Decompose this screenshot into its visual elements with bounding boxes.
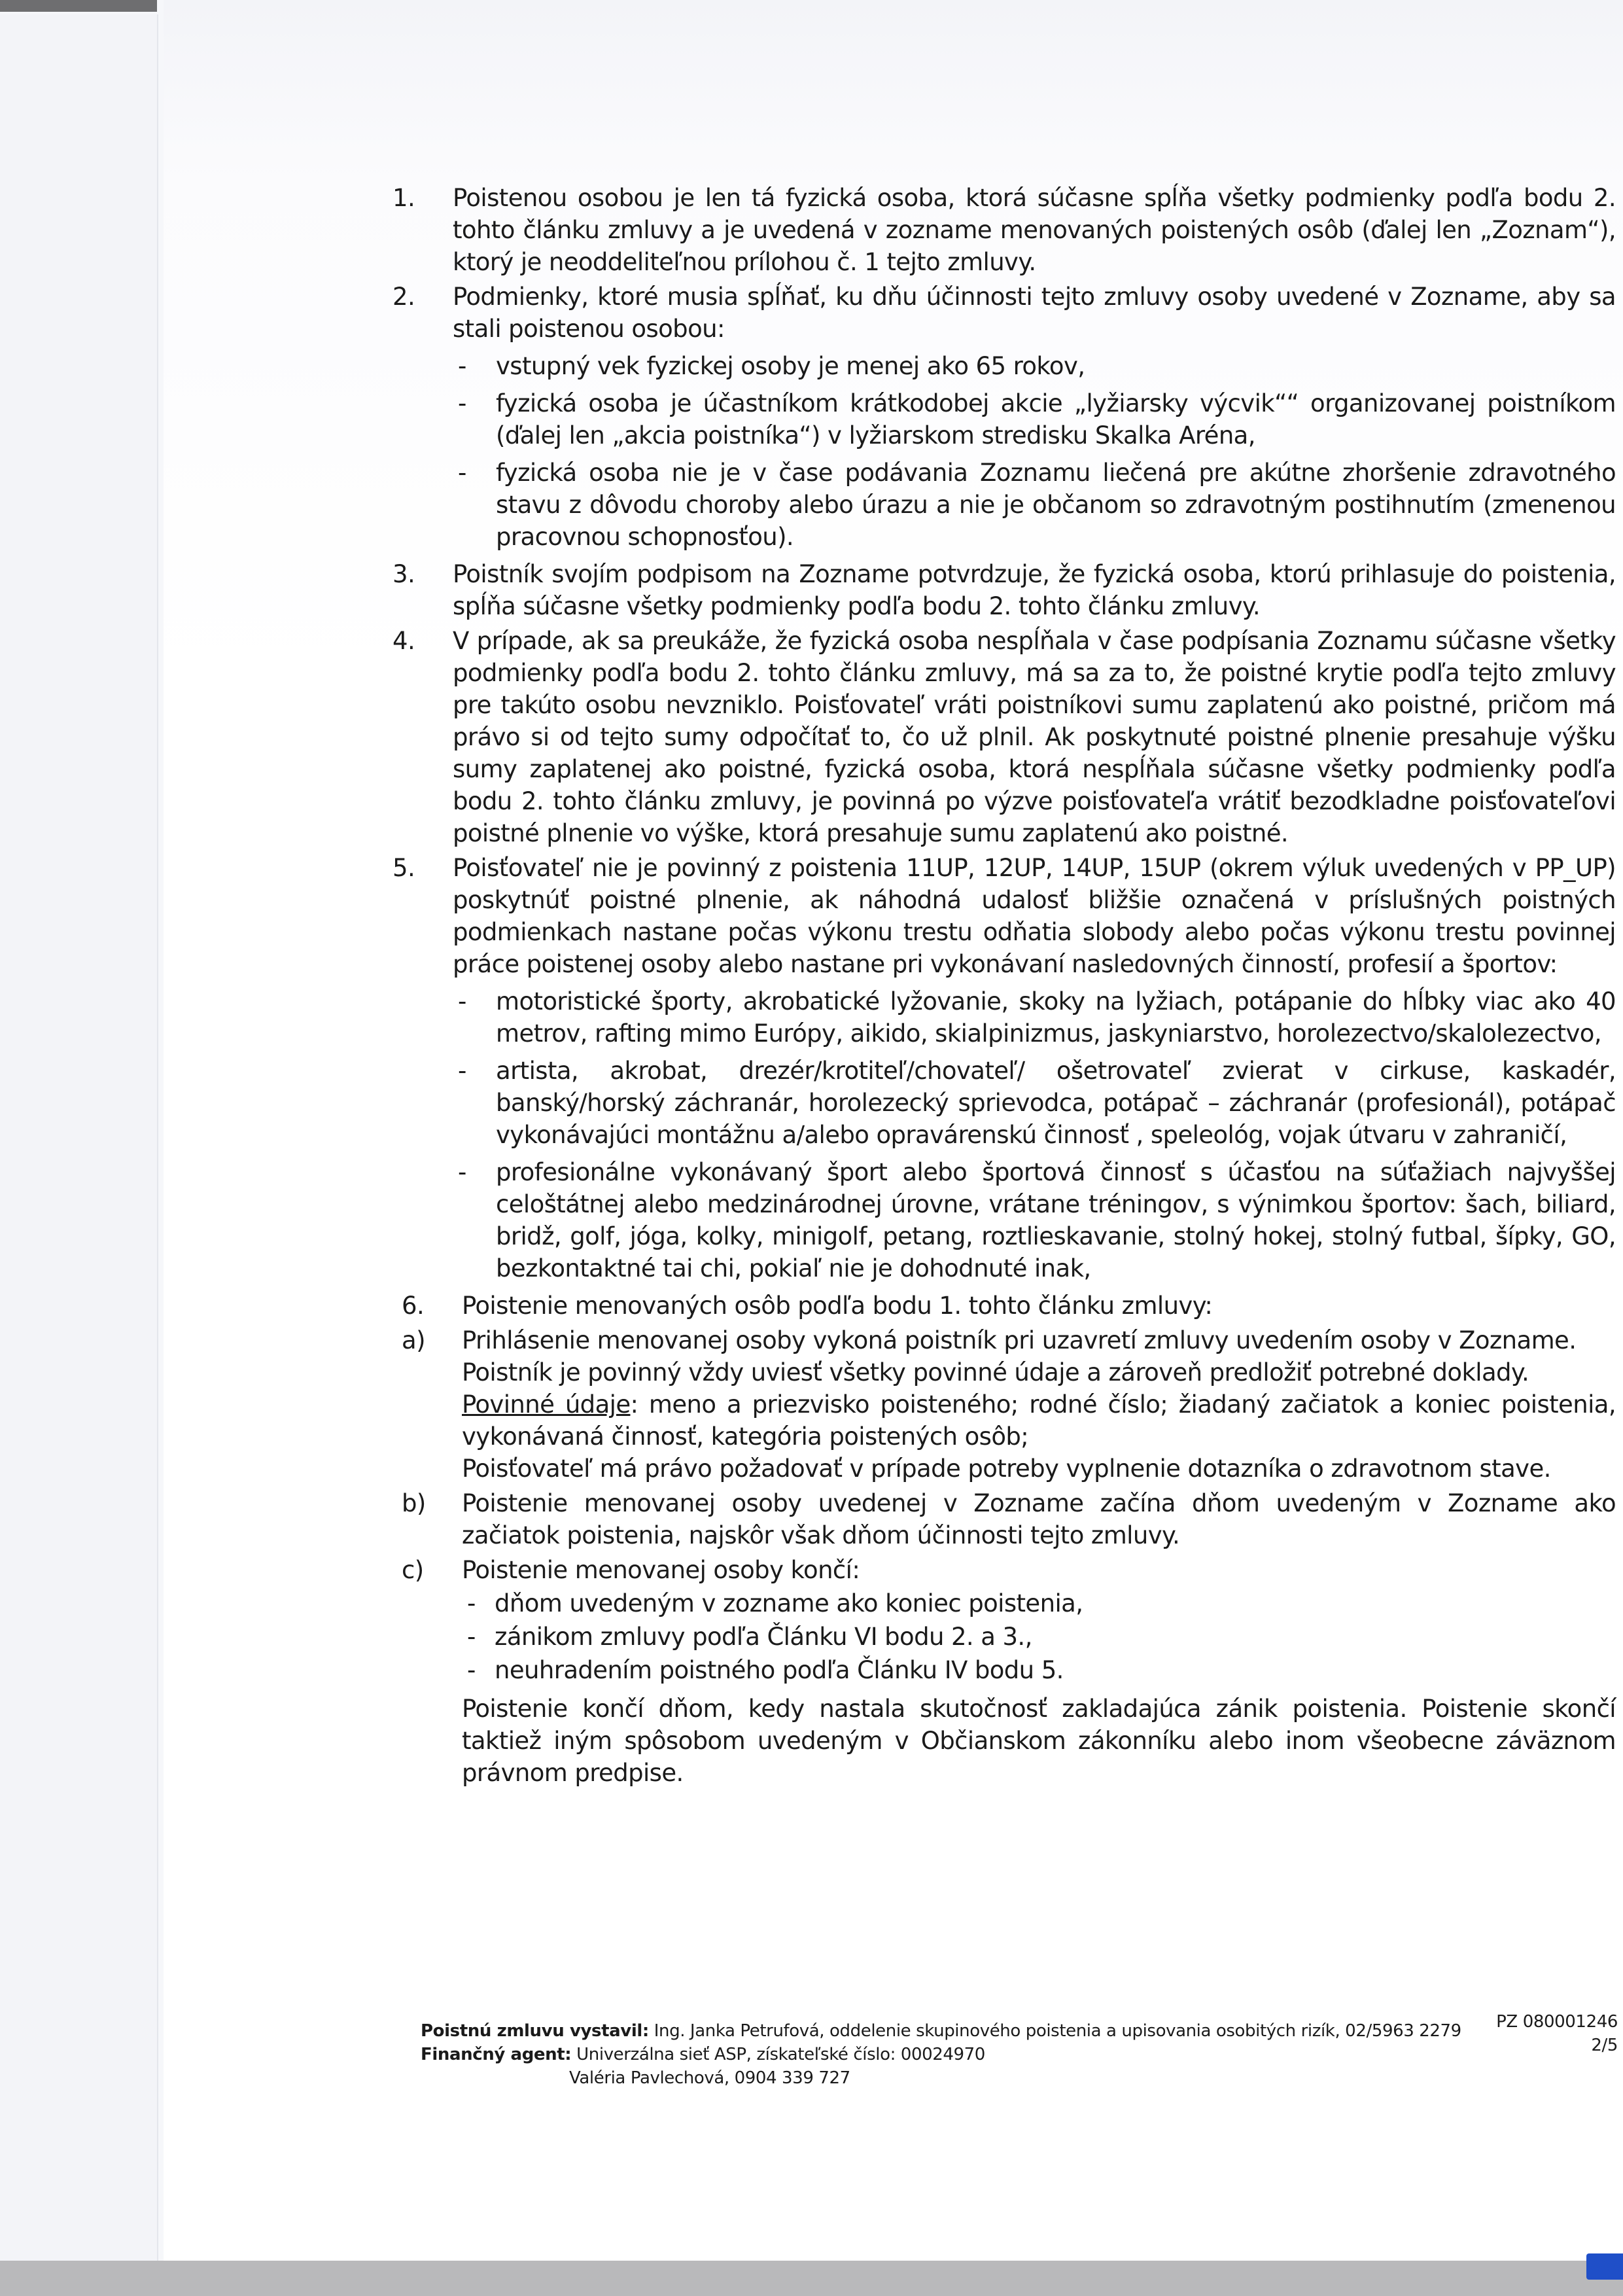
clause-4: 4. V prípade, ak sa preukáže, že fyzická… bbox=[393, 625, 1616, 849]
issuer-line: Poistnú zmluvu vystavil: Ing. Janka Petr… bbox=[421, 2019, 1618, 2043]
dash-bullet-icon: - bbox=[467, 1654, 476, 1686]
clause-2: 2. Podmienky, ktoré musia spĺňať, ku dňu… bbox=[393, 281, 1616, 553]
clause-number: 5. bbox=[393, 852, 415, 884]
clause-3: 3. Poistník svojím podpisom na Zozname p… bbox=[393, 558, 1616, 622]
agent-contact: Valéria Pavlechová, 0904 339 727 bbox=[421, 2066, 1618, 2090]
document-body: 1. Poistenou osobou je len tá fyzická os… bbox=[393, 182, 1616, 1792]
issuer-label: Poistnú zmluvu vystavil: bbox=[421, 2021, 649, 2041]
clause-text: Poisťovateľ nie je povinný z poistenia 1… bbox=[453, 854, 1616, 978]
termination-list: -dňom uvedeným v zozname ako koniec pois… bbox=[462, 1587, 1616, 1686]
dash-bullet-icon: - bbox=[458, 985, 466, 1017]
subclause-line: Prihlásenie menovanej osoby vykoná poist… bbox=[462, 1324, 1616, 1356]
clause-text: Podmienky, ktoré musia spĺňať, ku dňu úč… bbox=[453, 283, 1616, 343]
required-fields-label: Povinné údaje bbox=[462, 1390, 630, 1419]
agent-text: Univerzálna sieť ASP, získateľské číslo:… bbox=[571, 2045, 985, 2064]
clause-number: 1. bbox=[393, 182, 415, 214]
subclause-b: b) Poistenie menovanej osoby uvedenej v … bbox=[402, 1487, 1616, 1551]
scanner-edge-bottom bbox=[0, 2261, 1623, 2296]
clause-text: Poistenie menovaných osôb podľa bodu 1. … bbox=[462, 1292, 1212, 1320]
clause-text: Poistník svojím podpisom na Zozname potv… bbox=[453, 560, 1616, 620]
clause-number: 2. bbox=[393, 281, 415, 313]
subclause-letter: c) bbox=[402, 1554, 424, 1586]
list-item: -fyzická osoba nie je v čase podávania Z… bbox=[453, 457, 1616, 553]
clause-6: 6. Poistenie menovaných osôb podľa bodu … bbox=[402, 1290, 1616, 1322]
list-item: -zánikom zmluvy podľa Článku VI bodu 2. … bbox=[462, 1621, 1616, 1653]
subclause-a: a) Prihlásenie menovanej osoby vykoná po… bbox=[402, 1324, 1616, 1485]
termination-closing-text: Poistenie končí dňom, kedy nastala skuto… bbox=[462, 1693, 1616, 1789]
agent-line: Finančný agent: Univerzálna sieť ASP, zí… bbox=[421, 2043, 1618, 2066]
clause-text: Poistenou osobou je len tá fyzická osoba… bbox=[453, 184, 1616, 276]
dash-bullet-icon: - bbox=[458, 350, 466, 382]
subclause-line: Poistník je povinný vždy uviesť všetky p… bbox=[462, 1356, 1616, 1388]
subclause-text: Poistenie menovanej osoby končí: bbox=[462, 1556, 860, 1584]
clause-text: V prípade, ak sa preukáže, že fyzická os… bbox=[453, 627, 1616, 847]
list-item: -profesionálne vykonávaný šport alebo šp… bbox=[453, 1156, 1616, 1284]
contract-number: PZ 080001246 bbox=[1496, 2010, 1618, 2034]
dash-bullet-icon: - bbox=[458, 387, 466, 419]
dash-bullet-icon: - bbox=[458, 457, 466, 489]
subclause-text: Poistenie menovanej osoby uvedenej v Zoz… bbox=[462, 1489, 1616, 1549]
subclause-line: Poisťovateľ má právo požadovať v prípade… bbox=[462, 1453, 1616, 1485]
agent-label: Finančný agent: bbox=[421, 2045, 571, 2064]
clause-number: 3. bbox=[393, 558, 415, 590]
list-item: -neuhradením poistného podľa Článku IV b… bbox=[462, 1654, 1616, 1686]
exclusions-list: -motoristické športy, akrobatické lyžova… bbox=[453, 985, 1616, 1284]
conditions-list: -vstupný vek fyzickej osoby je menej ako… bbox=[453, 350, 1616, 553]
required-fields: Povinné údaje: meno a priezvisko poisten… bbox=[462, 1388, 1616, 1453]
list-item: -dňom uvedeným v zozname ako koniec pois… bbox=[462, 1587, 1616, 1619]
subclause-letter: b) bbox=[402, 1487, 426, 1519]
dash-bullet-icon: - bbox=[467, 1587, 476, 1619]
clause-1: 1. Poistenou osobou je len tá fyzická os… bbox=[393, 182, 1616, 278]
page-number: 2/5 bbox=[1496, 2034, 1618, 2057]
subclause-c: c) Poistenie menovanej osoby končí: -dňo… bbox=[402, 1554, 1616, 1789]
list-item: -artista, akrobat, drezér/krotiteľ/chova… bbox=[453, 1055, 1616, 1151]
list-item: -motoristické športy, akrobatické lyžova… bbox=[453, 985, 1616, 1050]
clause-number: 4. bbox=[393, 625, 415, 657]
required-fields-text: : meno a priezvisko poisteného; rodné čí… bbox=[462, 1390, 1616, 1451]
dash-bullet-icon: - bbox=[458, 1055, 466, 1087]
clause-5: 5. Poisťovateľ nie je povinný z poisteni… bbox=[393, 852, 1616, 1284]
subclause-letter: a) bbox=[402, 1324, 425, 1356]
document-footer: PZ 080001246 2/5 Poistnú zmluvu vystavil… bbox=[421, 2019, 1618, 2090]
scanner-blue-tab bbox=[1586, 2253, 1623, 2280]
clause-number: 6. bbox=[402, 1290, 424, 1322]
list-item: -fyzická osoba je účastníkom krátkodobej… bbox=[453, 387, 1616, 451]
underlying-page bbox=[0, 14, 158, 2291]
dash-bullet-icon: - bbox=[458, 1156, 466, 1188]
dash-bullet-icon: - bbox=[467, 1621, 476, 1653]
list-item: -vstupný vek fyzickej osoby je menej ako… bbox=[453, 350, 1616, 382]
issuer-text: Ing. Janka Petrufová, oddelenie skupinov… bbox=[649, 2021, 1461, 2041]
scanner-edge-top bbox=[0, 0, 157, 12]
contract-reference: PZ 080001246 2/5 bbox=[1496, 2010, 1618, 2057]
